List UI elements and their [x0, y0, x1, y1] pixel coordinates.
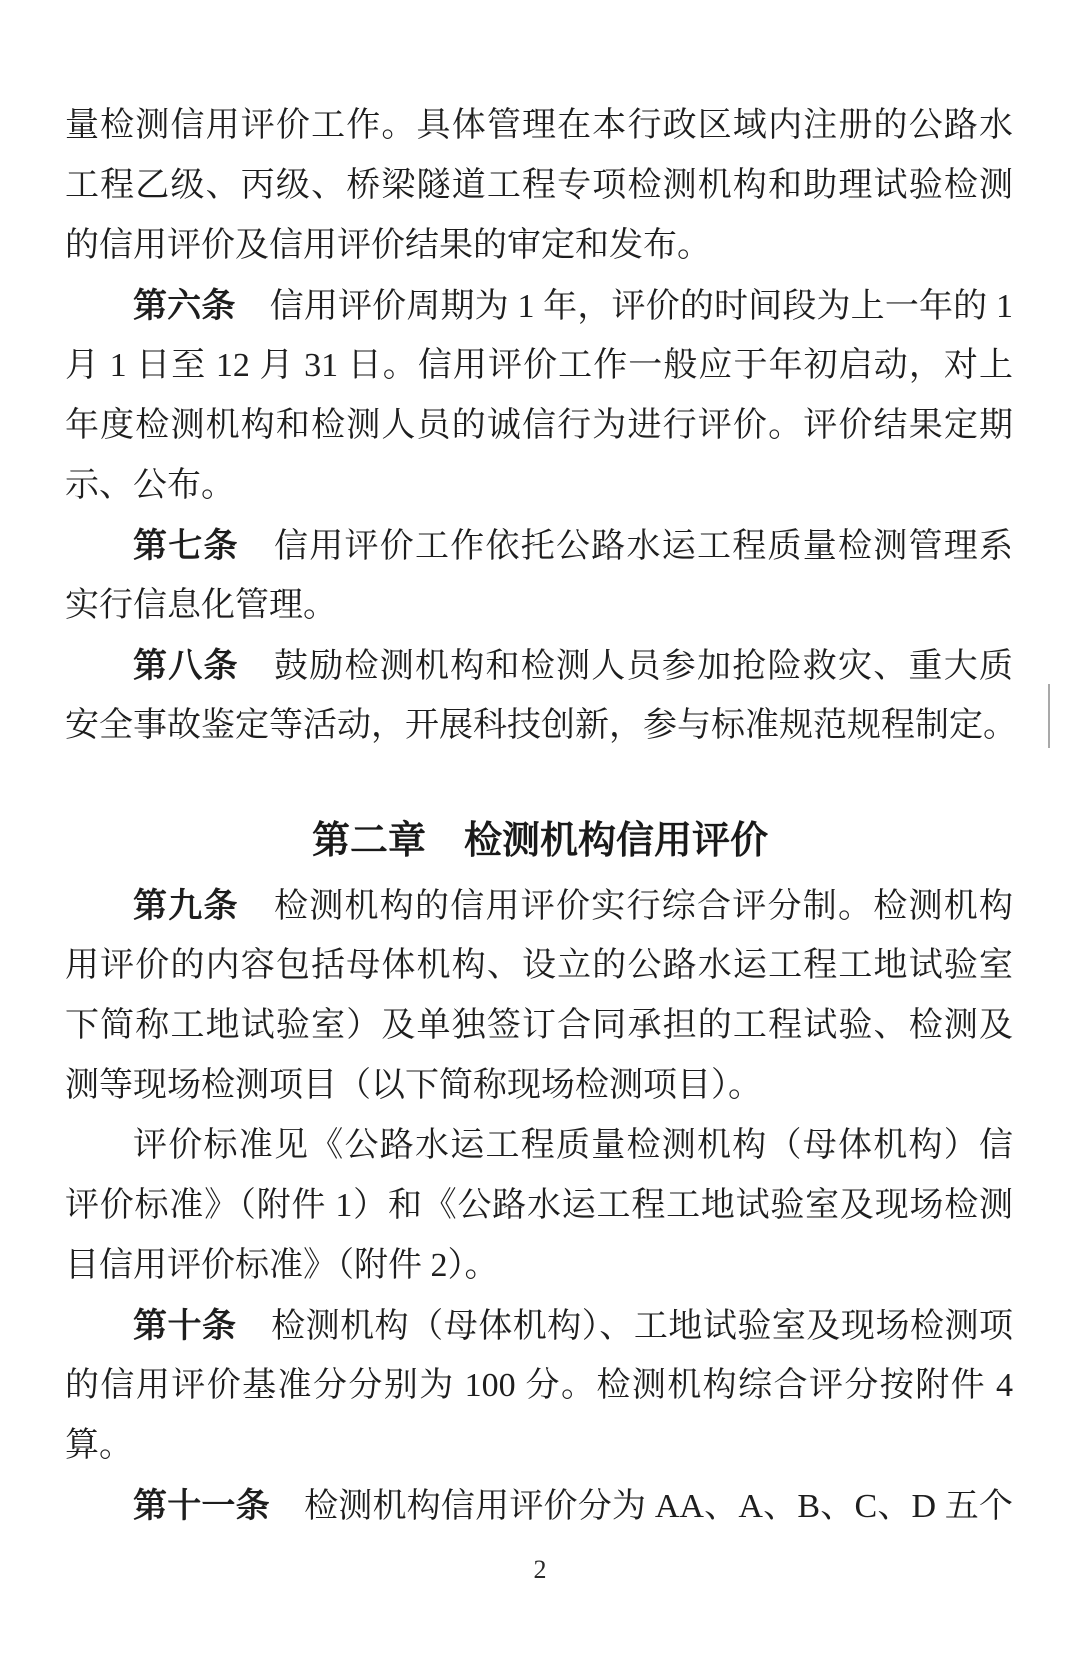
text-block-bottom: 第九条 检测机构的信用评价实行综合评分制。检测机构信用评价的内容包括母体机构、设… [0, 876, 1080, 1536]
line-text: 算。 [65, 1427, 133, 1464]
line-text: 评价标准》（附件 1）和《公路水运工程工地试验室及现场检测项 [65, 1187, 1013, 1236]
text-line: 第八条 鼓励检测机构和检测人员参加抢险救灾、重大质量 [65, 636, 1013, 696]
text-line: 评价标准见《公路水运工程质量检测机构（母体机构）信用 [65, 1116, 1013, 1176]
line-text: 月 1 日至 12 月 31 日。信用评价工作一般应于年初启动，对上一 [65, 347, 1013, 396]
text-line: 目信用评价标准》（附件 2）。 [65, 1236, 1013, 1296]
document-page: 量检测信用评价工作。具体管理在本行政区域内注册的公路水运工程乙级、丙级、桥梁隧道… [0, 0, 1080, 1671]
line-text: 下简称工地试验室）及单独签订合同承担的工程试验、检测及监 [65, 1007, 1013, 1056]
text-line: 第十条 检测机构（母体机构）、工地试验室及现场检测项目 [65, 1296, 1013, 1356]
text-line: 测等现场检测项目（以下简称现场检测项目）。 [65, 1056, 1013, 1116]
line-text: 的信用评价基准分分别为 100 分。检测机构综合评分按附件 4 计 [65, 1367, 1013, 1416]
text-line: 月 1 日至 12 月 31 日。信用评价工作一般应于年初启动，对上一 [65, 336, 1013, 396]
text-line: 第九条 检测机构的信用评价实行综合评分制。检测机构信 [65, 876, 1013, 936]
line-text: 的信用评价及信用评价结果的审定和发布。 [65, 227, 711, 264]
article-number: 第十条 [133, 1307, 237, 1345]
text-block-top: 量检测信用评价工作。具体管理在本行政区域内注册的公路水运工程乙级、丙级、桥梁隧道… [0, 0, 1080, 756]
line-text: 年度检测机构和检测人员的诚信行为进行评价。评价结果定期公 [65, 407, 1013, 456]
article-number: 第六条 [133, 287, 236, 325]
line-text: 评价标准见《公路水运工程质量检测机构（母体机构）信用 [65, 1127, 1013, 1176]
line-text: 目信用评价标准》（附件 2）。 [65, 1247, 499, 1284]
text-line: 第七条 信用评价工作依托公路水运工程质量检测管理系统 [65, 516, 1013, 576]
line-text: 安全事故鉴定等活动，开展科技创新，参与标准规范规程制定。 [65, 707, 1013, 744]
text-line: 的信用评价及信用评价结果的审定和发布。 [65, 216, 1013, 276]
text-line: 的信用评价基准分分别为 100 分。检测机构综合评分按附件 4 计 [65, 1356, 1013, 1416]
text-line: 安全事故鉴定等活动，开展科技创新，参与标准规范规程制定。 [65, 696, 1013, 756]
line-text: 工程乙级、丙级、桥梁隧道工程专项检测机构和助理试验检测师 [65, 167, 1013, 216]
text-line: 第十一条 检测机构信用评价分为 AA、A、B、C、D 五个等级， [65, 1476, 1013, 1536]
line-text: 实行信息化管理。 [65, 587, 337, 624]
line-text: 信用评价周期为 1 年，评价的时间段为上一年的 1 [270, 288, 1013, 325]
text-line: 下简称工地试验室）及单独签订合同承担的工程试验、检测及监 [65, 996, 1013, 1056]
article-number: 第九条 [133, 887, 239, 925]
text-line: 实行信息化管理。 [65, 576, 1013, 636]
text-line: 算。 [65, 1416, 1013, 1476]
text-line: 示、公布。 [65, 456, 1013, 516]
line-text: 测等现场检测项目（以下简称现场检测项目）。 [65, 1067, 762, 1104]
line-text: 用评价的内容包括母体机构、设立的公路水运工程工地试验室（以 [65, 947, 1013, 996]
text-line: 工程乙级、丙级、桥梁隧道工程专项检测机构和助理试验检测师 [65, 156, 1013, 216]
page-number: 2 [0, 1550, 1080, 1590]
text-line: 评价标准》（附件 1）和《公路水运工程工地试验室及现场检测项 [65, 1176, 1013, 1236]
text-line: 年度检测机构和检测人员的诚信行为进行评价。评价结果定期公 [65, 396, 1013, 456]
article-number: 第七条 [133, 527, 239, 565]
right-margin-scan-line [1048, 684, 1050, 748]
article-number: 第八条 [133, 647, 239, 685]
text-line: 量检测信用评价工作。具体管理在本行政区域内注册的公路水运 [65, 96, 1013, 156]
chapter-heading: 第二章 检测机构信用评价 [0, 806, 1080, 876]
article-number: 第十一条 [133, 1487, 270, 1525]
line-text: 示、公布。 [65, 467, 235, 504]
text-line: 用评价的内容包括母体机构、设立的公路水运工程工地试验室（以 [65, 936, 1013, 996]
line-text: 量检测信用评价工作。具体管理在本行政区域内注册的公路水运 [65, 107, 1013, 156]
text-line: 第六条 信用评价周期为 1 年，评价的时间段为上一年的 1 [65, 276, 1013, 336]
